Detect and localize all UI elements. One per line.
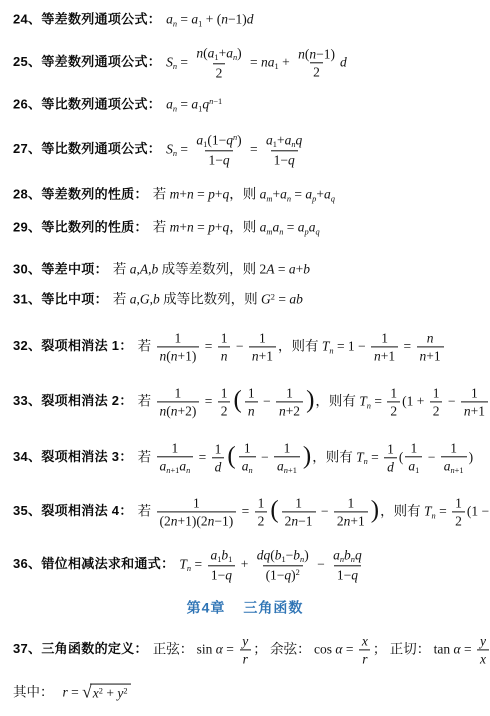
item-label: 错位相减法求和通式： (41, 556, 174, 571)
item-number: 37、 (13, 641, 41, 656)
note-label: 其中： (13, 684, 54, 699)
item-label: 等比中项： (41, 292, 108, 307)
item-number: 34、 (13, 449, 41, 464)
item-formula: an = a1 + (n−1)d (166, 11, 253, 26)
item-label: 裂项相消法 1： (41, 338, 132, 353)
document-page: 24、等差数列通项公式：an = a1 + (n−1)d 25、等差数列通项公式… (0, 0, 490, 716)
formula-row-25: 25、等差数列通项公式：Sn = n(a1+an)2 = na1 + n(n−1… (13, 45, 488, 80)
item-label: 裂项相消法 4： (41, 503, 132, 518)
item-number: 27、 (13, 141, 41, 156)
item-formula: 若 a,G,b 成等比数列，则 G2 = ab (113, 292, 303, 307)
formula-row-37: 37、三角函数的定义：正弦： sin α = yr； 余弦： cos α = x… (13, 633, 488, 666)
item-number: 25、 (13, 54, 41, 69)
formula-row-35: 35、裂项相消法 4：若 1(2n+1)(2n−1) = 12(12n−1 − … (13, 495, 488, 528)
note-row: 其中：r = √x2 + y2 (13, 684, 488, 703)
item-number: 36、 (13, 556, 41, 571)
formula-row-24: 24、等差数列通项公式：an = a1 + (n−1)d (13, 11, 488, 28)
item-number: 30、 (13, 262, 41, 277)
chapter-title: 三角函数 (243, 599, 303, 617)
chapter-heading: 第4章三角函数 (0, 599, 490, 617)
item-number: 26、 (13, 96, 41, 111)
item-formula: 若 m+n = p+q，则 am+an = ap+aq (153, 186, 335, 201)
item-formula: 正弦： sin α = yr； 余弦： cos α = xr； 正切： tan … (153, 641, 490, 656)
item-formula: 若 1an+1an = 1d(1an − 1an+1)，则有 Tn = 1d(1… (138, 449, 473, 464)
formula-row-33: 33、裂项相消法 2：若 1n(n+2) = 12(1n − 1n+2)，则有 … (13, 385, 488, 418)
item-number: 24、 (13, 11, 41, 26)
formula-row-36: 36、错位相减法求和通式：Tn = a1b11−q + dq(b1−bn)(1−… (13, 547, 488, 582)
formula-row-32: 32、裂项相消法 1：若 1n(n+1) = 1n − 1n+1，则有 Tn =… (13, 330, 488, 363)
formula-row-29: 29、等比数列的性质：若 m+n = p+q，则 aman = apaq (13, 219, 488, 236)
formula-row-31: 31、等比中项：若 a,G,b 成等比数列，则 G2 = ab (13, 292, 488, 309)
item-formula: Sn = n(a1+an)2 = na1 + n(n−1)2d (166, 54, 347, 69)
formula-row-26: 26、等比数列通项公式：an = a1qn−1 (13, 96, 488, 113)
item-formula: 若 1n(n+2) = 12(1n − 1n+2)，则有 Tn = 12(1 +… (138, 393, 490, 408)
item-formula: 若 1(2n+1)(2n−1) = 12(12n−1 − 12n+1)，则有 T… (138, 503, 490, 518)
item-number: 35、 (13, 503, 41, 518)
item-number: 32、 (13, 338, 41, 353)
item-number: 28、 (13, 186, 41, 201)
item-label: 三角函数的定义： (41, 641, 147, 656)
item-label: 等比数列的性质： (41, 219, 147, 234)
item-formula: 若 1n(n+1) = 1n − 1n+1，则有 Tn = 1 − 1n+1 =… (138, 338, 446, 353)
formula-row-27: 27、等比数列通项公式：Sn = a1(1−qn)1−q = a1+anq1−q (13, 132, 488, 167)
item-label: 裂项相消法 3： (41, 449, 132, 464)
formula-row-30: 30、等差中项：若 a,A,b 成等差数列，则 2A = a+b (13, 262, 488, 279)
item-label: 等差数列通项公式： (41, 54, 161, 69)
formula-row-28: 28、等差数列的性质：若 m+n = p+q，则 am+an = ap+aq (13, 186, 488, 203)
item-label: 等比数列通项公式： (41, 141, 161, 156)
item-formula: Sn = a1(1−qn)1−q = a1+anq1−q (166, 141, 307, 156)
item-label: 裂项相消法 2： (41, 393, 132, 408)
item-formula: an = a1qn−1 (166, 96, 222, 111)
item-number: 33、 (13, 393, 41, 408)
item-label: 等比数列通项公式： (41, 96, 161, 111)
item-formula: Tn = a1b11−q + dq(b1−bn)(1−q)2 − anbnq1−… (179, 556, 366, 571)
formula-row-34: 34、裂项相消法 3：若 1an+1an = 1d(1an − 1an+1)，则… (13, 440, 488, 475)
item-label: 等差中项： (41, 262, 108, 277)
item-number: 29、 (13, 219, 41, 234)
item-label: 等差数列的性质： (41, 186, 147, 201)
item-formula: 若 a,A,b 成等差数列，则 2A = a+b (113, 262, 310, 277)
item-formula: 若 m+n = p+q，则 aman = apaq (153, 219, 320, 234)
chapter-number: 第4章 (187, 599, 226, 617)
item-number: 31、 (13, 292, 41, 307)
item-label: 等差数列通项公式： (41, 11, 161, 26)
note-formula: r = √x2 + y2 (63, 684, 131, 699)
